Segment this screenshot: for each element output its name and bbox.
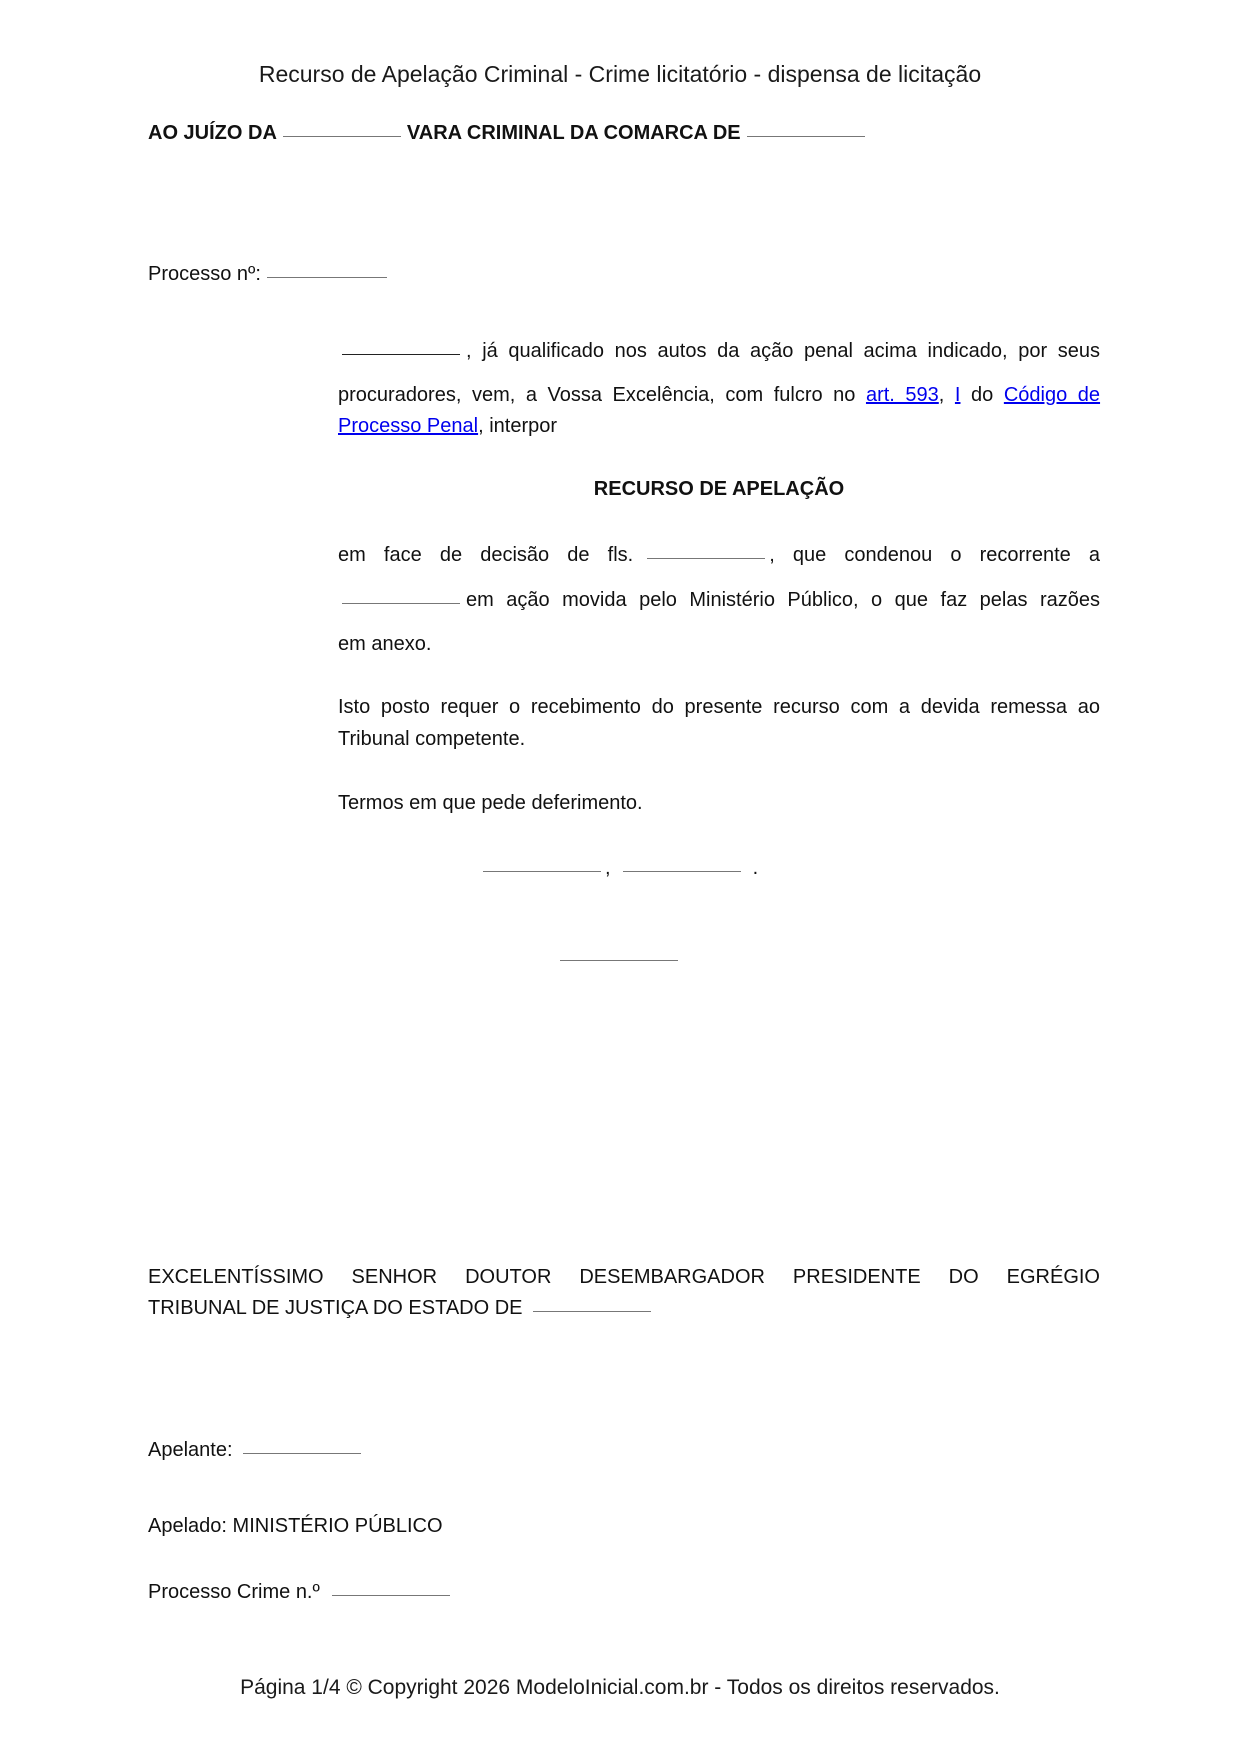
section-title: RECURSO DE APELAÇÃO: [338, 478, 1100, 501]
place-date-line: ,.: [483, 857, 758, 880]
decision-line-1: em face de decisão de fls., que condenou…: [338, 544, 1100, 567]
place-date-period: .: [753, 857, 759, 879]
apelado-label: Apelado:: [148, 1515, 227, 1537]
apelado-value: MINISTÉRIO PÚBLICO: [233, 1515, 443, 1537]
do-text: do: [971, 384, 993, 406]
decision-line2-text: em ação movida pelo Ministério Público, …: [466, 589, 1100, 611]
apelante-line: Apelante:: [148, 1439, 367, 1462]
blank-processo-crime[interactable]: [332, 1595, 450, 1596]
processo-crime-label: Processo Crime n.º: [148, 1581, 320, 1603]
intro-line-3: Processo Penal, interpor: [338, 415, 557, 438]
processo-line: Processo nº:: [148, 263, 393, 286]
intro-line-2: procuradores, vem, a Vossa Excelência, c…: [338, 384, 1100, 407]
apelante-label: Apelante:: [148, 1439, 233, 1461]
processo-crime-line: Processo Crime n.º: [148, 1581, 456, 1604]
blank-estado[interactable]: [533, 1311, 651, 1312]
link-codigo-processo-penal-part2[interactable]: Processo Penal: [338, 415, 478, 437]
link-codigo-processo-penal-part1[interactable]: Código de: [1004, 384, 1100, 406]
blank-party-name[interactable]: [342, 354, 460, 355]
decision-line1-prefix: em face de decisão de fls.: [338, 544, 633, 566]
closing-text: Termos em que pede deferimento.: [338, 792, 643, 815]
blank-crime[interactable]: [342, 603, 460, 604]
addressee-line-1: EXCELENTÍSSIMO SENHOR DOUTOR DESEMBARGAD…: [148, 1266, 1100, 1289]
processo-label: Processo nº:: [148, 263, 261, 285]
intro-line2-text: procuradores, vem, a Vossa Excelência, c…: [338, 384, 855, 406]
document-title: Recurso de Apelação Criminal - Crime lic…: [0, 61, 1240, 88]
intro-line1-text: , já qualificado nos autos da ação penal…: [466, 340, 1100, 362]
addressee-line-2: TRIBUNAL DE JUSTIÇA DO ESTADO DE: [148, 1297, 657, 1320]
page-footer: Página 1/4 © Copyright 2026 ModeloInicia…: [0, 1676, 1240, 1700]
decision-line-2: em ação movida pelo Ministério Público, …: [338, 589, 1100, 612]
blank-vara-number[interactable]: [283, 136, 401, 137]
intro-line3-text: , interpor: [478, 415, 557, 437]
heading-part1: AO JUÍZO DA: [148, 122, 277, 144]
blank-signature[interactable]: [560, 960, 678, 961]
link-art-593[interactable]: art. 593: [866, 384, 939, 406]
place-date-comma: ,: [605, 857, 611, 879]
request-line-2: Tribunal competente.: [338, 728, 525, 751]
decision-line1-suffix: , que condenou o recorrente a: [769, 544, 1100, 566]
blank-comarca[interactable]: [747, 136, 865, 137]
blank-apelante[interactable]: [243, 1453, 361, 1454]
intro-line-1: , já qualificado nos autos da ação penal…: [338, 340, 1100, 363]
apelado-line: Apelado: MINISTÉRIO PÚBLICO: [148, 1515, 443, 1538]
blank-place[interactable]: [483, 871, 601, 872]
signature-line: [560, 950, 678, 968]
request-line-1: Isto posto requer o recebimento do prese…: [338, 696, 1100, 719]
blank-fls[interactable]: [647, 558, 765, 559]
heading-part2: VARA CRIMINAL DA COMARCA DE: [407, 122, 741, 144]
court-heading: AO JUÍZO DAVARA CRIMINAL DA COMARCA DE: [148, 122, 871, 145]
comma: ,: [939, 384, 945, 406]
addressee-line2-text: TRIBUNAL DE JUSTIÇA DO ESTADO DE: [148, 1297, 523, 1319]
decision-line-3: em anexo.: [338, 633, 431, 656]
blank-date[interactable]: [623, 871, 741, 872]
blank-processo-number[interactable]: [267, 277, 387, 278]
link-inciso-i[interactable]: I: [955, 384, 961, 406]
